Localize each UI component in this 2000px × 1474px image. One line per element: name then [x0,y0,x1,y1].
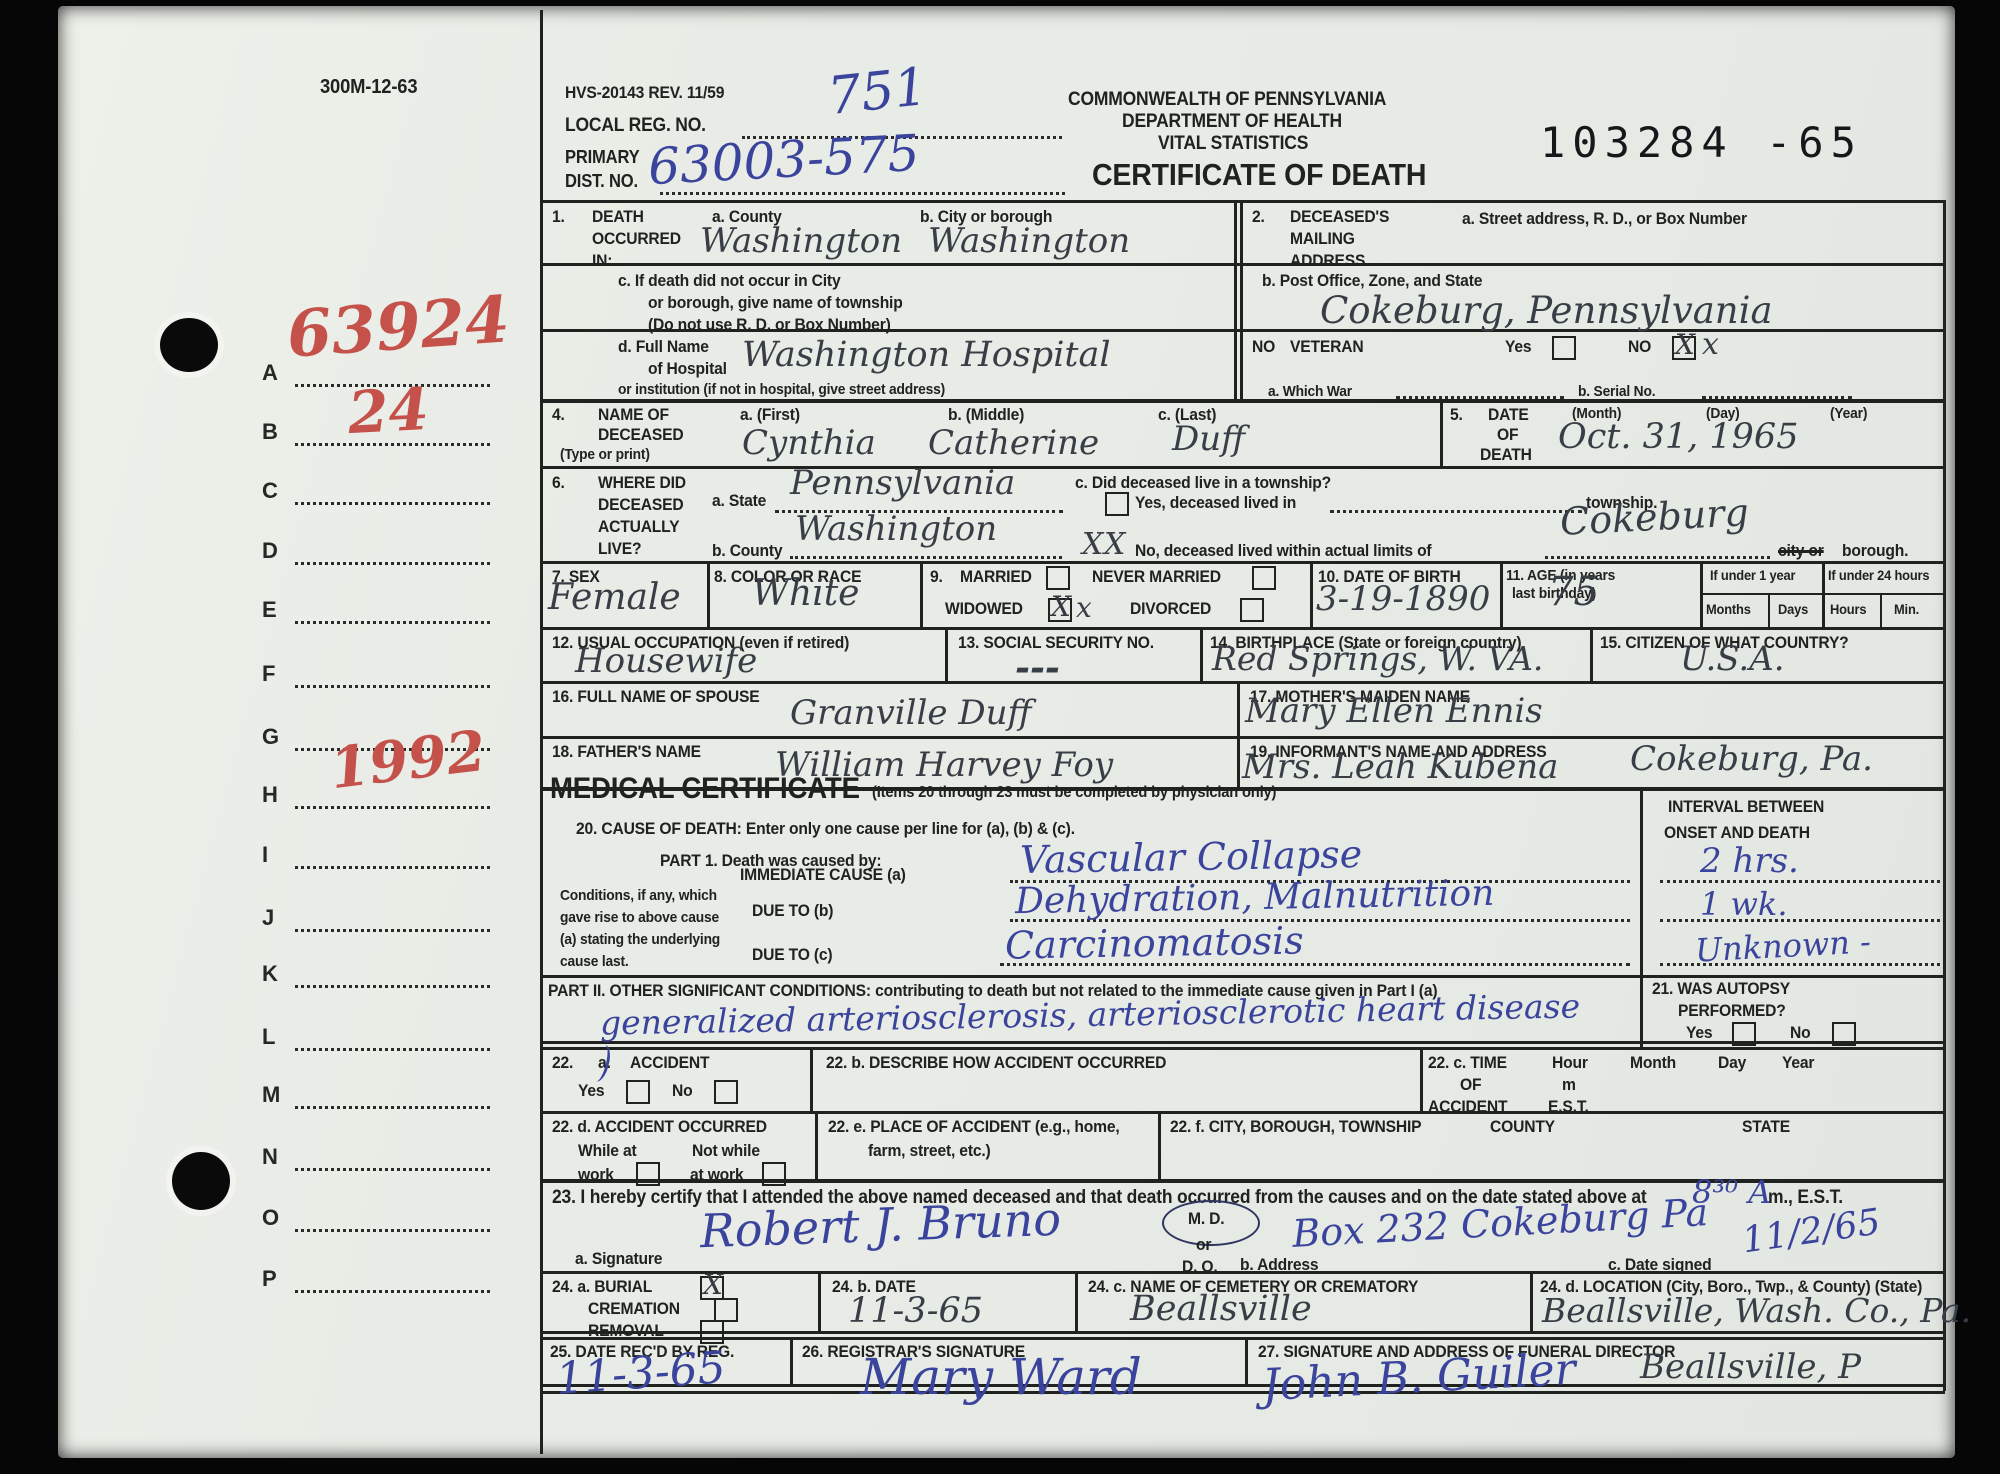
township-yes-checkbox [1105,492,1129,516]
dotted-line [295,1048,490,1051]
box2b-label: b. Post Office, Zone, and State [1262,272,1482,291]
registrar-signature: Mary Ward [860,1352,1142,1402]
hours-label: Hours [1830,602,1866,617]
rule-h [540,1337,1945,1340]
age-value: 75 [1548,572,1599,612]
box1-title3: IN: [592,252,612,271]
box22b-label: 22. b. DESCRIBE HOW ACCIDENT OCCURRED [826,1054,1166,1073]
box22c-of-label: OF [1460,1076,1481,1095]
certificate-title: CERTIFICATE OF DEATH [1092,158,1426,192]
margin-letter: H [262,782,278,808]
last-name-value: Duff [1172,422,1245,456]
box2-title: DECEASED'S [1290,208,1389,227]
margin-letter: I [262,842,268,868]
margin-letter: L [262,1024,275,1050]
dotted-line [295,929,490,932]
box5-title2: OF [1497,426,1518,445]
informant-name-value: Mrs. Leah Kubena [1242,750,1558,784]
box4-title: NAME OF [598,406,669,425]
dotted-line [295,1168,490,1171]
rule-v [1768,593,1770,627]
dotted-line [295,562,490,565]
dotted-line [1396,396,1564,399]
checkbox-x-mark: X [1051,593,1071,621]
rule-v [1237,681,1240,787]
dist-no-value: 63003-575 [647,128,921,192]
county-label: COUNTY [1490,1118,1555,1137]
rule-v [1158,1111,1161,1179]
box6-title: WHERE DID [598,474,686,493]
rule-v [1200,627,1203,681]
physician-signature: Robert J. Bruno [699,1196,1061,1255]
box6-city-or-struck: city or [1778,542,1824,561]
box6-title3: ACTUALLY [598,518,679,537]
interval-label1: INTERVAL BETWEEN [1668,798,1824,817]
box6-number: 6. [552,474,565,493]
date-received-value: 11-3-65 [555,1346,727,1402]
informant-address-value: Cokeburg, Pa. [1630,742,1873,776]
box5-title3: DEATH [1480,446,1532,465]
box22f-label: 22. f. CITY, BOROUGH, TOWNSHIP [1170,1118,1421,1137]
checkbox-x-mark: X [703,1271,723,1299]
punch-hole-bottom [172,1152,230,1210]
interval-a-value: 2 hrs. [1700,844,1799,878]
do-label: D. O. [1182,1258,1218,1277]
box9-married-label: MARRIED [960,568,1032,587]
divorced-checkbox [1240,598,1264,622]
box16-label: 16. FULL NAME OF SPOUSE [552,688,760,707]
burial-checkbox: X [700,1276,724,1300]
box24a-cremation-label: CREMATION [588,1300,680,1319]
rule-h [540,1391,1945,1394]
under-1-year-label: If under 1 year [1710,568,1795,583]
dotted-line [295,985,490,988]
rule-v [945,627,948,681]
occupation-value: Housewife [575,644,757,678]
accident-no-checkbox [714,1080,738,1104]
box22a-number: 22. [552,1054,573,1073]
conditions-line1: Conditions, if any, which [560,888,717,905]
box4-title2: DECEASED [598,426,683,445]
citizen-value: U.S.A. [1680,642,1785,676]
certificate-stamp-number: 103284 -65 [1540,118,1863,167]
rule-v [920,561,923,627]
accident-no-label: No [672,1082,692,1101]
spouse-value: Granville Duff [790,696,1032,730]
rule-h [540,263,1945,266]
box2-title2: MAILING [1290,230,1355,249]
box18-label: 18. FATHER'S NAME [552,743,701,762]
rule-h [540,681,1945,684]
middle-name-value: Catherine [928,426,1099,460]
autopsy-no-label: No [1790,1024,1810,1043]
box1d-line3: or institution (if not in hospital, give… [618,382,945,399]
or-label: or [1196,1236,1211,1255]
box22e-label2: farm, street, etc.) [868,1142,991,1161]
box6-yes-label: Yes, deceased lived in [1135,494,1296,513]
conditions-line3: (a) stating the underlying [560,932,720,949]
rule-h [540,975,1945,978]
dotted-line [1702,396,1852,399]
rule-v [818,1271,821,1331]
box3a-label: a. Which War [1268,384,1352,401]
box2-title3: ADDRESS [1290,252,1365,271]
at-work-label: at work [690,1166,743,1185]
rule-v [1500,561,1503,627]
box1a-value: Washington [700,224,902,258]
removal-checkbox [700,1320,724,1344]
rule-h [540,399,1945,403]
rule-v [1880,593,1882,627]
box4a-label: a. (First) [740,406,800,425]
margin-letter: E [262,597,277,623]
veteran-no-checkbox: X [1672,336,1696,360]
work-label: work [578,1166,614,1185]
red-annotation-h: 1992 [327,723,489,798]
rule-v [707,561,710,627]
margin-letter: J [262,905,274,931]
box6a-label: a. State [712,492,766,511]
dotted-line [295,621,490,624]
rule-h [540,561,1945,564]
box3-number: NO [1252,338,1275,357]
not-while-at-work-checkbox [762,1162,786,1186]
stock-number: 300M-12-63 [320,76,417,98]
rule-h [540,627,1945,630]
box1d-line1: d. Full Name [618,338,709,357]
limits-value: Cokeburg [1559,493,1749,541]
under-24-hours-label: If under 24 hours [1828,568,1929,583]
cremation-checkbox [714,1298,738,1322]
dist-no-label: DIST. NO. [565,172,638,192]
rule-v [1530,1271,1533,1331]
dotted-line [295,1106,490,1109]
box1c-line1: c. If death did not occur in City [618,272,840,291]
box6-borough-label: borough. [1842,542,1908,561]
rule-h [1703,593,1945,595]
min-label: Min. [1894,602,1919,617]
no-x-mark2: X [1104,530,1125,560]
county-value: Washington [795,512,997,546]
margin-letter: P [262,1266,277,1292]
punch-hole-top [160,318,218,372]
married-checkbox [1046,566,1070,590]
rule-v [1590,627,1593,681]
conditions-line4: cause last. [560,954,629,971]
box9-number: 9. [930,568,943,587]
veteran-yes-checkbox [1552,336,1576,360]
rule-v [1245,1337,1248,1384]
dotted-line [1545,556,1770,559]
margin-letter: C [262,478,278,504]
box24a-removal-label: REMOVAL [588,1322,664,1341]
dotted-line [295,806,490,809]
box5-title: DATE [1488,406,1529,425]
dotted-line [295,1290,490,1293]
box4-number: 4. [552,406,565,425]
due-to-b-label: DUE TO (b) [752,902,833,921]
while-at-work-checkbox [636,1162,660,1186]
box1c-line3: (Do not use R. D. or Box Number) [648,316,891,335]
box6c-label: c. Did deceased live in a township? [1075,474,1331,493]
box24a-burial-label: 24. a. BURIAL [552,1278,652,1297]
dotted-line [295,502,490,505]
box2a-label: a. Street address, R. D., or Box Number [1462,210,1747,229]
box1c-line2: or borough, give name of township [648,294,903,313]
box3-no-label: NO [1628,338,1651,357]
accident-yes-label: Yes [578,1082,604,1101]
months-label: Months [1706,602,1751,617]
hour-label: Hour [1552,1054,1588,1073]
rule-v [1440,399,1443,466]
date-of-death-value: Oct. 31, 1965 [1558,420,1798,455]
autopsy-no-checkbox [1832,1022,1856,1046]
not-while-label: Not while [692,1142,760,1161]
rule-v [1075,1271,1078,1331]
box6-title4: LIVE? [598,540,641,559]
margin-letter: F [262,661,275,687]
accident-yes-checkbox [626,1080,650,1104]
rule-h [540,1047,1945,1050]
box23-time-suffix: m., E.S.T. [1768,1188,1843,1209]
margin-letter: M [262,1082,280,1108]
box22c-est-label: E.S.T. [1548,1098,1589,1117]
rule-v [1234,200,1237,399]
widowed-extra-mark: x [1076,594,1092,622]
location-value: Beallsville, Wash. Co., Pa. [1542,1294,1971,1327]
rule-v [790,1337,793,1384]
burial-date-value: 11-3-65 [848,1294,983,1329]
mother-maiden-value: Mary Ellen Ennis [1245,694,1543,728]
box22a-title: ACCIDENT [630,1054,709,1073]
box9-widowed-label: WIDOWED [945,600,1023,619]
year-label: Year [1782,1054,1814,1073]
cemetery-value: Beallsville [1130,1292,1312,1327]
box1d-line2: of Hospital [648,360,727,379]
days-label: Days [1778,602,1808,617]
box2b-value: Cokeburg, Pennsylvania [1320,292,1773,329]
box20-label: 20. CAUSE OF DEATH: Enter only one cause… [576,820,1075,839]
rule-h [540,200,1945,203]
box22c-accident-label: ACCIDENT [1428,1098,1507,1117]
form-number: HVS-20143 REV. 11/59 [565,84,724,103]
dotted-line [295,1229,490,1232]
box3-title: VETERAN [1290,338,1363,357]
local-reg-label: LOCAL REG. NO. [565,116,706,137]
part2-label-bold: PART II. OTHER SIGNIFICANT CONDITIONS: [548,981,871,1000]
birthplace-value: Red Springs, W. VA. [1212,642,1543,675]
margin-letter: G [262,724,279,750]
margin-letter: B [262,419,278,445]
margin-letter: D [262,538,278,564]
rule-v [540,10,543,1454]
cause-c-value: Carcinomatosis [1005,921,1304,964]
veteran-no-extra-mark: x [1702,330,1719,360]
day-label: Day [1718,1054,1746,1073]
box4b-label: b. (Middle) [948,406,1024,425]
margin-letter: A [262,360,278,386]
cause-b-value: Dehydration, Malnutrition [1015,876,1495,920]
dotted-line [790,556,1062,559]
dotted-line [660,192,1065,195]
margin-letter: N [262,1144,278,1170]
box3-yes-label: Yes [1505,338,1531,357]
widowed-checkbox: X [1048,598,1072,622]
box1-title2: OCCURRED [592,230,681,249]
box21-label2: PERFORMED? [1678,1002,1786,1021]
box2-number: 2. [1252,208,1265,227]
signature-label: a. Signature [575,1250,662,1269]
box5-number: 5. [1450,406,1463,425]
box22c-m-label: m [1562,1076,1576,1095]
checkbox-x-mark: X [1675,331,1695,359]
box1d-value: Washington Hospital [742,338,1111,373]
primary-label: PRIMARY [565,148,639,168]
dotted-line [1330,510,1582,513]
gov-line2: DEPARTMENT OF HEALTH [1122,112,1342,133]
box1-title: DEATH [592,208,644,227]
rule-v [810,1047,813,1111]
sex-value: Female [548,580,681,616]
box22d-label: 22. d. ACCIDENT OCCURRED [552,1118,767,1137]
no-x-mark: X [1082,530,1103,560]
immediate-cause-label: IMMEDIATE CAUSE (a) [740,866,906,885]
gov-line1: COMMONWEALTH OF PENNSYLVANIA [1068,90,1386,111]
rule-h [540,1331,1945,1334]
date-signed-label: c. Date signed [1608,1256,1711,1275]
interval-c-value: Unknown - [1694,925,1871,966]
funeral-director-address: Beallsville, P [1640,1350,1861,1384]
rule-v [815,1111,818,1179]
medical-certificate-title: MEDICAL CERTIFICATE [550,772,860,805]
rule-v [1943,200,1946,1391]
red-annotation-second: 24 [347,380,431,442]
rule-v [1240,200,1243,399]
month-label: Month [1630,1054,1676,1073]
box6-no-label: No, deceased lived within actual limits … [1135,542,1431,561]
cause-a-value: Vascular Collapse [1020,835,1363,879]
md-label: M. D. [1188,1210,1224,1229]
due-to-c-label: DUE TO (c) [752,946,832,965]
conditions-line2: gave rise to above cause [560,910,719,927]
red-annotation-top: 63924 [285,288,512,367]
address-label: b. Address [1240,1256,1318,1275]
first-name-value: Cynthia [742,426,876,460]
box6-title2: DECEASED [598,496,683,515]
box5-year-label: (Year) [1830,406,1867,423]
while-at-label: While at [578,1142,636,1161]
scanned-death-certificate: 300M-12-63 A B C D E F G H I J K L M N O… [0,0,2000,1474]
rule-h [540,466,1945,469]
local-reg-value: 751 [826,61,930,123]
autopsy-yes-label: Yes [1686,1024,1712,1043]
box1-number: 1. [552,208,565,227]
dotted-line [295,685,490,688]
box3b-label: b. Serial No. [1578,384,1655,401]
never-married-checkbox [1252,566,1276,590]
margin-letter: O [262,1205,279,1231]
rule-v [1310,561,1313,627]
date-of-birth-value: 3-19-1890 [1316,582,1490,616]
gov-line3: VITAL STATISTICS [1158,134,1308,155]
margin-letter: K [262,961,278,987]
rule-v [1420,1047,1423,1111]
interval-b-value: 1 wk. [1700,888,1787,920]
interval-label2: ONSET AND DEATH [1664,824,1810,843]
ssn-value: --- [1015,650,1060,686]
box22e-label1: 22. e. PLACE OF ACCIDENT (e.g., home, [828,1118,1120,1137]
rule-h [540,1111,1945,1114]
box1b-value: Washington [928,224,1130,258]
box21-label1: 21. WAS AUTOPSY [1652,980,1790,999]
box9-divorced-label: DIVORCED [1130,600,1211,619]
medical-certificate-subtitle: (Items 20 through 23 must be completed b… [872,784,1276,802]
box9-never-label: NEVER MARRIED [1092,568,1221,587]
box4-title3: (Type or print) [560,447,650,464]
box6b-label: b. County [712,542,782,561]
dotted-line [295,866,490,869]
state-value: Pennsylvania [790,466,1015,500]
box22c-label: 22. c. TIME [1428,1054,1507,1073]
rule-v [1640,787,1643,1047]
state-label: STATE [1742,1118,1790,1137]
race-value: White [752,576,859,612]
autopsy-yes-checkbox [1732,1022,1756,1046]
